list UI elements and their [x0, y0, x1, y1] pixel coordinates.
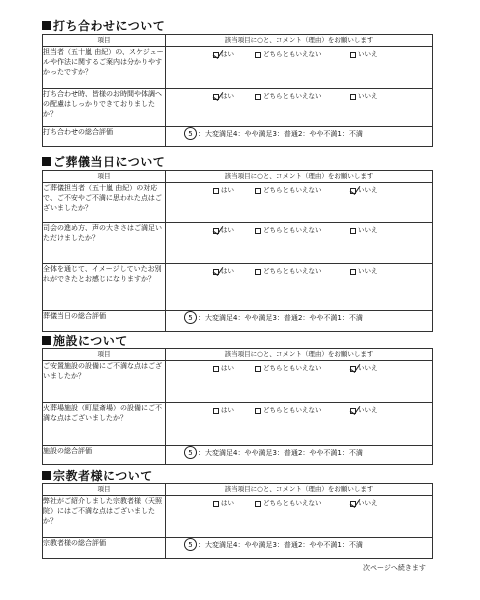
rating-label: 4：やや満足: [233, 448, 272, 458]
option-label: はい: [221, 499, 234, 508]
question-text: 弊社がご紹介しました宗教者様（天照院）にはご不満な点はございましたか？: [43, 496, 166, 538]
option-label: どちらともいえない: [263, 267, 322, 276]
rating-scale[interactable]: 5：大変満足 4：やや満足 3：普通 2：やや不満 1：不満: [184, 127, 432, 140]
circled-rating[interactable]: 5: [184, 538, 197, 551]
total-label: 宗教者様の総合評価: [43, 538, 166, 559]
option-no[interactable]: いいえ: [350, 186, 410, 195]
header-instruction: 該当項目に○と、コメント（理由）をお願いします: [166, 35, 433, 47]
option-label: どちらともいえない: [263, 50, 322, 59]
option-label: はい: [221, 92, 234, 101]
question-text: 司会の進め方、声の大きさはご満足いただけましたか？: [43, 223, 166, 264]
total-label: 施設の総合評価: [43, 446, 166, 465]
checkbox-icon[interactable]: [213, 408, 219, 414]
option-yes[interactable]: はい: [213, 499, 255, 508]
question-text: 打ち合わせ時、皆様のお時間や体調への配慮はしっかりできておりましたか？: [43, 89, 166, 127]
circled-rating[interactable]: 5: [184, 127, 197, 140]
table-row: 全体を通じて、イメージしていたお別れができたとお感じになりますか？ はい どちら…: [43, 264, 433, 311]
section-title-text: 打ち合わせについて: [53, 19, 165, 33]
rating-label: 1：不満: [337, 129, 362, 139]
section-title-text: 宗教者様について: [53, 469, 153, 483]
total-row: 宗教者様の総合評価 5：大変満足 4：やや満足 3：普通 2：やや不満 1：不満: [43, 538, 433, 559]
option-label: どちらともいえない: [263, 406, 322, 415]
rating-label: ：大変満足: [198, 129, 233, 139]
table-row: ご葬儀担当者（五十嵐 由紀）の対応で、ご不安やご不満に思われた点はございましたか…: [43, 183, 433, 223]
option-yes[interactable]: はい: [213, 50, 255, 59]
checkbox-icon[interactable]: [255, 188, 261, 194]
checkbox-checked-icon[interactable]: [350, 188, 356, 194]
option-neutral[interactable]: どちらともいえない: [255, 50, 350, 59]
square-bullet-icon: [42, 471, 51, 480]
rating-label: ：大変満足: [198, 313, 233, 323]
header-item: 項目: [43, 484, 166, 496]
option-label: はい: [221, 50, 234, 59]
checkbox-checked-icon[interactable]: [350, 366, 356, 372]
checkbox-icon[interactable]: [255, 269, 261, 275]
header-item: 項目: [43, 35, 166, 47]
table-row: 火葬場施設（町屋斎場）の設備にご不満な点はございましたか？ はい どちらともいえ…: [43, 403, 433, 446]
question-text: 火葬場施設（町屋斎場）の設備にご不満な点はございましたか？: [43, 403, 166, 446]
option-yes[interactable]: はい: [213, 186, 255, 195]
checkbox-icon[interactable]: [255, 501, 261, 507]
option-label: どちらともいえない: [263, 499, 322, 508]
checkbox-icon[interactable]: [350, 269, 356, 275]
table-row: 司会の進め方、声の大きさはご満足いただけましたか？ はい どちらともいえない い…: [43, 223, 433, 264]
meeting-table: 項目該当項目に○と、コメント（理由）をお願いします 担当者（五十嵐 由紀）の、ス…: [42, 34, 433, 147]
option-label: いいえ: [358, 267, 378, 276]
option-label: はい: [221, 226, 234, 235]
checkbox-checked-icon[interactable]: [213, 52, 219, 58]
option-label: どちらともいえない: [263, 226, 322, 235]
option-neutral[interactable]: どちらともいえない: [255, 406, 350, 415]
option-neutral[interactable]: どちらともいえない: [255, 226, 350, 235]
checkbox-icon[interactable]: [213, 501, 219, 507]
rating-label: 3：普通: [272, 129, 297, 139]
checkbox-icon[interactable]: [350, 228, 356, 234]
option-no[interactable]: いいえ: [350, 50, 410, 59]
option-label: どちらともいえない: [263, 92, 322, 101]
rating-label: ：大変満足: [198, 448, 233, 458]
question-text: ご安置施設の設備にご不満な点はございましたか？: [43, 361, 166, 403]
rating-label: 3：普通: [272, 540, 297, 550]
option-label: いいえ: [358, 499, 378, 508]
checkbox-checked-icon[interactable]: [350, 408, 356, 414]
square-bullet-icon: [42, 157, 51, 166]
table-row: 弊社がご紹介しました宗教者様（天照院）にはご不満な点はございましたか？ はい ど…: [43, 496, 433, 538]
facility-table: 項目該当項目に○と、コメント（理由）をお願いします ご安置施設の設備にご不満な点…: [42, 348, 433, 465]
circled-rating[interactable]: 5: [184, 311, 197, 324]
checkbox-icon[interactable]: [255, 52, 261, 58]
rating-label: 3：普通: [272, 448, 297, 458]
total-label: 葬儀当日の総合評価: [43, 311, 166, 332]
option-neutral[interactable]: どちらともいえない: [255, 499, 350, 508]
rating-scale[interactable]: 5：大変満足 4：やや満足 3：普通 2：やや不満 1：不満: [184, 446, 432, 459]
rating-label: 4：やや満足: [233, 540, 272, 550]
rating-label: 2：やや不満: [298, 540, 337, 550]
checkbox-checked-icon[interactable]: [213, 94, 219, 100]
table-row: ご安置施設の設備にご不満な点はございましたか？ はい どちらともいえない いいえ: [43, 361, 433, 403]
checkbox-icon[interactable]: [350, 94, 356, 100]
table-row: 打ち合わせ時、皆様のお時間や体調への配慮はしっかりできておりましたか？ はい ど…: [43, 89, 433, 127]
section-title-text: ご葬儀当日について: [53, 155, 165, 169]
checkbox-checked-icon[interactable]: [350, 501, 356, 507]
funeral-day-table: 項目該当項目に○と、コメント（理由）をお願いします ご葬儀担当者（五十嵐 由紀）…: [42, 170, 433, 332]
option-label: どちらともいえない: [263, 364, 322, 373]
option-yes[interactable]: はい: [213, 267, 255, 276]
option-label: はい: [221, 267, 234, 276]
religious-table: 項目該当項目に○と、コメント（理由）をお願いします 弊社がご紹介しました宗教者様…: [42, 483, 433, 559]
option-label: いいえ: [358, 186, 378, 195]
option-neutral[interactable]: どちらともいえない: [255, 364, 350, 373]
checkbox-icon[interactable]: [255, 228, 261, 234]
rating-label: 2：やや不満: [298, 448, 337, 458]
total-row: 施設の総合評価 5：大変満足 4：やや満足 3：普通 2：やや不満 1：不満: [43, 446, 433, 465]
rating-label: 1：不満: [337, 448, 362, 458]
checkbox-icon[interactable]: [255, 408, 261, 414]
continue-note: 次ページへ続きます: [363, 563, 426, 573]
option-label: いいえ: [358, 226, 378, 235]
option-label: はい: [221, 406, 234, 415]
option-neutral[interactable]: どちらともいえない: [255, 267, 350, 276]
total-label: 打ち合わせの総合評価: [43, 127, 166, 147]
option-label: はい: [221, 364, 234, 373]
table-row: 担当者（五十嵐 由紀）の、スケジュールや作法に関するご案内は分かりやすかったです…: [43, 47, 433, 89]
rating-scale[interactable]: 5：大変満足 4：やや満足 3：普通 2：やや不満 1：不満: [184, 311, 432, 324]
header-instruction: 該当項目に○と、コメント（理由）をお願いします: [166, 484, 433, 496]
option-no[interactable]: いいえ: [350, 92, 410, 101]
square-bullet-icon: [42, 21, 51, 30]
total-row: 打ち合わせの総合評価 5：大変満足 4：やや満足 3：普通 2：やや不満 1：不…: [43, 127, 433, 147]
header-instruction: 該当項目に○と、コメント（理由）をお願いします: [166, 171, 433, 183]
rating-label: 1：不満: [337, 313, 362, 323]
section-title-funeral-day: ご葬儀当日について: [42, 155, 165, 169]
option-label: どちらともいえない: [263, 186, 322, 195]
checkbox-checked-icon[interactable]: [213, 228, 219, 234]
option-yes[interactable]: はい: [213, 364, 255, 373]
question-text: 全体を通じて、イメージしていたお別れができたとお感じになりますか？: [43, 264, 166, 311]
header-instruction: 該当項目に○と、コメント（理由）をお願いします: [166, 349, 433, 361]
option-no[interactable]: いいえ: [350, 267, 410, 276]
option-label: いいえ: [358, 406, 378, 415]
rating-label: 3：普通: [272, 313, 297, 323]
option-label: いいえ: [358, 50, 378, 59]
rating-label: 4：やや満足: [233, 129, 272, 139]
checkbox-icon[interactable]: [350, 52, 356, 58]
option-label: いいえ: [358, 92, 378, 101]
total-row: 葬儀当日の総合評価 5：大変満足 4：やや満足 3：普通 2：やや不満 1：不満: [43, 311, 433, 332]
option-no[interactable]: いいえ: [350, 364, 410, 373]
option-no[interactable]: いいえ: [350, 499, 410, 508]
question-text: 担当者（五十嵐 由紀）の、スケジュールや作法に関するご案内は分かりやすかったです…: [43, 47, 166, 89]
rating-label: ：大変満足: [198, 540, 233, 550]
rating-label: 4：やや満足: [233, 313, 272, 323]
option-label: はい: [221, 186, 234, 195]
rating-label: 2：やや不満: [298, 129, 337, 139]
option-yes[interactable]: はい: [213, 92, 255, 101]
square-bullet-icon: [42, 336, 51, 345]
section-title-religious: 宗教者様について: [42, 469, 153, 483]
rating-label: 1：不満: [337, 540, 362, 550]
header-item: 項目: [43, 349, 166, 361]
rating-label: 2：やや不満: [298, 313, 337, 323]
header-item: 項目: [43, 171, 166, 183]
option-label: いいえ: [358, 364, 378, 373]
option-no[interactable]: いいえ: [350, 226, 410, 235]
circled-rating[interactable]: 5: [184, 446, 197, 459]
option-neutral[interactable]: どちらともいえない: [255, 92, 350, 101]
checkbox-icon[interactable]: [213, 366, 219, 372]
rating-scale[interactable]: 5：大変満足 4：やや満足 3：普通 2：やや不満 1：不満: [184, 538, 432, 551]
section-title-text: 施設について: [53, 334, 128, 348]
option-yes[interactable]: はい: [213, 406, 255, 415]
option-neutral[interactable]: どちらともいえない: [255, 186, 350, 195]
option-yes[interactable]: はい: [213, 226, 255, 235]
question-text: ご葬儀担当者（五十嵐 由紀）の対応で、ご不安やご不満に思われた点はございましたか…: [43, 183, 166, 223]
section-title-meeting: 打ち合わせについて: [42, 19, 165, 33]
checkbox-icon[interactable]: [213, 188, 219, 194]
section-title-facility: 施設について: [42, 334, 128, 348]
checkbox-checked-icon[interactable]: [213, 269, 219, 275]
option-no[interactable]: いいえ: [350, 406, 410, 415]
checkbox-icon[interactable]: [255, 366, 261, 372]
checkbox-icon[interactable]: [255, 94, 261, 100]
